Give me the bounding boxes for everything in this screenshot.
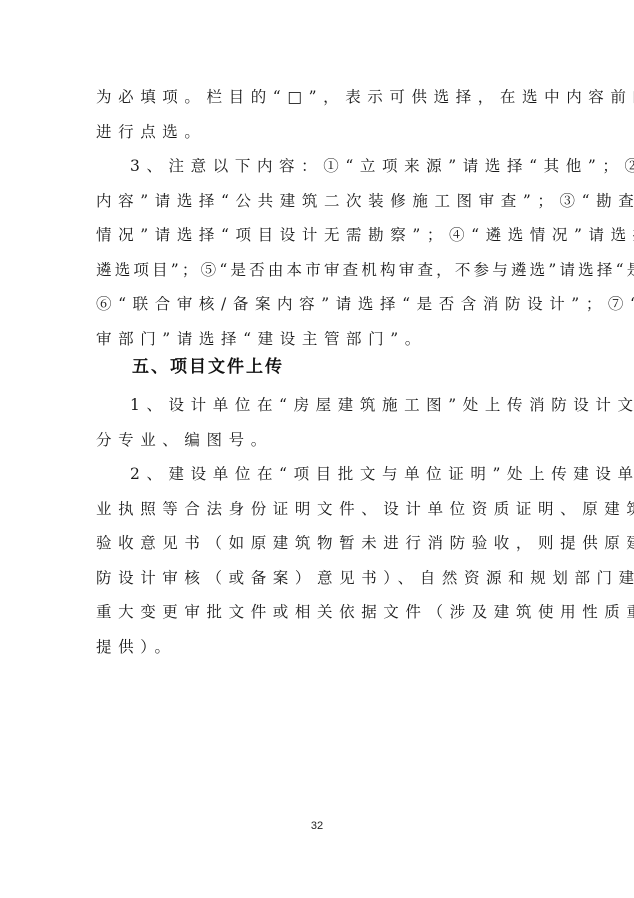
text-line: 3、注意以下内容：①“立项来源”请选择“其他”；②“报审 xyxy=(96,149,542,184)
text-line: 验收意见书（如原建筑物暂未进行消防验收，则提供原建筑物土建消 xyxy=(96,526,542,561)
text-line: 1、设计单位在“房屋建筑施工图”处上传消防设计文件，要求 xyxy=(96,388,542,423)
text-line: 为必填项。栏目的“□”，表示可供选择，在选中内容前的“□”内 xyxy=(96,80,542,115)
text-line: 业执照等合法身份证明文件、设计单位资质证明、原建筑物土建消防 xyxy=(96,492,542,527)
text-line: 分专业、编图号。 xyxy=(96,423,542,458)
text-line: 重大变更审批文件或相关依据文件（涉及建筑使用性质重大变更的需 xyxy=(96,595,542,630)
text-line: 2、建设单位在“项目批文与单位证明”处上传建设单位工商营 xyxy=(96,457,542,492)
paragraph-upload-1: 1、设计单位在“房屋建筑施工图”处上传消防设计文件，要求 分专业、编图号。 xyxy=(96,388,542,457)
page-number: 32 xyxy=(0,820,634,832)
text-line: 遴选项目”；⑤“是否由本市审查机构审查，不参与遴选”请选择“是”； xyxy=(96,253,542,288)
text-line: 进行点选。 xyxy=(96,115,542,150)
paragraph-checkbox-note: 为必填项。栏目的“□”，表示可供选择，在选中内容前的“□”内 进行点选。 xyxy=(96,80,542,149)
text-line: 防设计审核（或备案）意见书）、自然资源和规划部门建筑使用性质 xyxy=(96,561,542,596)
text-line: 内容”请选择“公共建筑二次装修施工图审查”；③“勘查文件报审 xyxy=(96,184,542,219)
text-line: 情况”请选择“项目设计无需勘察”；④“遴选情况”请选择“正常 xyxy=(96,218,542,253)
document-page: 为必填项。栏目的“□”，表示可供选择，在选中内容前的“□”内 进行点选。 3、注… xyxy=(0,0,634,898)
paragraph-item-3: 3、注意以下内容：①“立项来源”请选择“其他”；②“报审 内容”请选择“公共建筑… xyxy=(96,149,542,357)
text-line: ⑥“联合审核/备案内容”请选择“是否含消防设计”；⑦“多图联 xyxy=(96,287,542,322)
paragraph-upload-2: 2、建设单位在“项目批文与单位证明”处上传建设单位工商营 业执照等合法身份证明文… xyxy=(96,457,542,665)
text-line: 提供）。 xyxy=(96,630,542,665)
section-heading: 五、项目文件上传 xyxy=(132,352,284,377)
